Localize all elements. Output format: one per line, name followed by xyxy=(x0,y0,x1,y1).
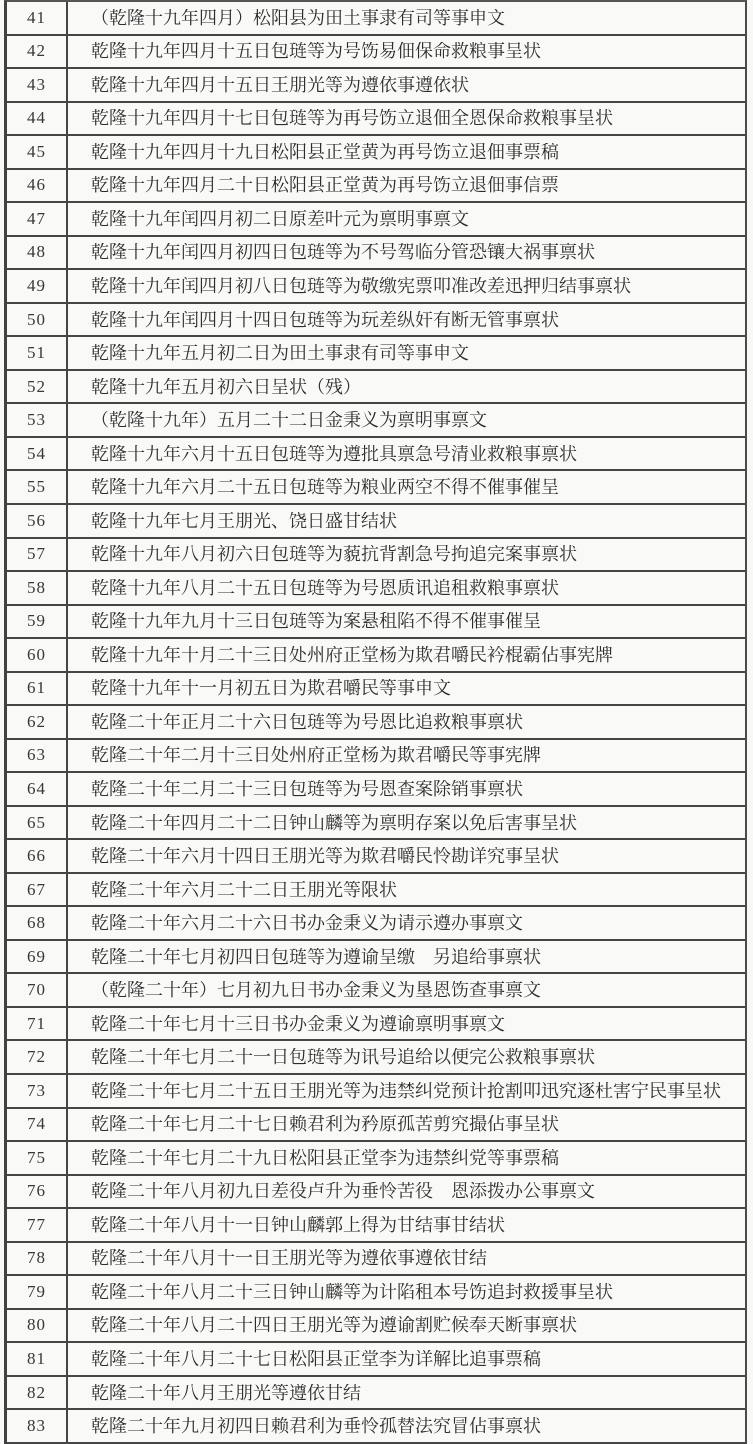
row-title: 乾隆十九年四月十九日松阳县正堂黄为再号饬立退佃事票稿 xyxy=(68,143,745,161)
table-row: 70 （乾隆二十年）七月初九日书办金秉义为垦恩饬查事禀文 xyxy=(7,974,745,1008)
row-title: 乾隆二十年二月二十三日包琏等为号恩查案除销事禀状 xyxy=(68,780,745,798)
row-title: 乾隆十九年十一月初五日为欺君嚼民等事申文 xyxy=(68,679,745,697)
row-number: 82 xyxy=(7,1377,68,1409)
table-row: 56 乾隆十九年七月王朋光、饶日盛甘结状 xyxy=(7,505,745,539)
row-number: 68 xyxy=(7,907,68,939)
row-number: 79 xyxy=(7,1276,68,1308)
row-title: 乾隆十九年闰四月十四日包琏等为玩差纵奸有断无管事禀状 xyxy=(68,311,745,329)
row-title: 乾隆十九年六月二十五日包琏等为粮业两空不得不催事催呈 xyxy=(68,478,745,496)
row-title: 乾隆二十年七月二十五日王朋光等为违禁纠党预计抢割叩迅究逐杜害宁民事呈状 xyxy=(68,1082,745,1100)
table-row: 74 乾隆二十年七月二十七日赖君利为矜原孤苦剪究撮佔事呈状 xyxy=(7,1109,745,1143)
table-row: 44 乾隆十九年四月十七日包琏等为再号饬立退佃全恩保命救粮事呈状 xyxy=(7,103,745,137)
row-number: 71 xyxy=(7,1008,68,1040)
row-title: 乾隆十九年四月十五日王朋光等为遵依事遵依状 xyxy=(68,76,745,94)
row-number: 74 xyxy=(7,1109,68,1141)
row-number: 45 xyxy=(7,136,68,168)
row-number: 43 xyxy=(7,69,68,101)
table-row: 49 乾隆十九年闰四月初八日包琏等为敬缴宪票叩准改差迅押归结事禀状 xyxy=(7,270,745,304)
table-row: 48 乾隆十九年闰四月初四日包琏等为不号驾临分管恐镶大祸事禀状 xyxy=(7,237,745,271)
row-number: 58 xyxy=(7,572,68,604)
table-row: 72 乾隆二十年七月二十一日包琏等为讯号追给以便完公救粮事禀状 xyxy=(7,1041,745,1075)
row-title: 乾隆十九年四月二十日松阳县正堂黄为再号饬立退佃事信票 xyxy=(68,176,745,194)
row-title: 乾隆十九年五月初二日为田土事隶有司等事申文 xyxy=(68,344,745,362)
table-row: 83 乾隆二十年九月初四日赖君利为垂怜孤替法究冒佔事禀状 xyxy=(7,1410,745,1444)
row-title: 乾隆二十年六月二十六日书办金秉义为请示遵办事禀文 xyxy=(68,914,745,932)
table-row: 54 乾隆十九年六月十五日包琏等为遵批具禀急号清业救粮事禀状 xyxy=(7,438,745,472)
row-title: 乾隆十九年闰四月初二日原差叶元为禀明事禀文 xyxy=(68,210,745,228)
table-row: 61 乾隆十九年十一月初五日为欺君嚼民等事申文 xyxy=(7,673,745,707)
table-row: 81 乾隆二十年八月二十七日松阳县正堂李为详解比追事票稿 xyxy=(7,1343,745,1377)
row-number: 59 xyxy=(7,606,68,638)
row-title: 乾隆二十年七月二十一日包琏等为讯号追给以便完公救粮事禀状 xyxy=(68,1048,745,1066)
row-title: 乾隆二十年八月二十七日松阳县正堂李为详解比追事票稿 xyxy=(68,1350,745,1368)
table-row: 75 乾隆二十年七月二十九日松阳县正堂李为违禁纠党等事票稿 xyxy=(7,1142,745,1176)
table-row: 41 （乾隆十九年四月）松阳县为田土事隶有司等事申文 xyxy=(7,2,745,36)
row-number: 65 xyxy=(7,807,68,839)
row-number: 70 xyxy=(7,974,68,1006)
row-number: 80 xyxy=(7,1310,68,1342)
scanned-catalog-page: 41 （乾隆十九年四月）松阳县为田土事隶有司等事申文 42 乾隆十九年四月十五日… xyxy=(0,0,753,1444)
row-title: 乾隆十九年八月二十五日包琏等为号恩质讯追租救粮事禀状 xyxy=(68,579,745,597)
table-row: 57 乾隆十九年八月初六日包琏等为藐抗背割急号拘追完案事禀状 xyxy=(7,539,745,573)
table-row: 73 乾隆二十年七月二十五日王朋光等为违禁纠党预计抢割叩迅究逐杜害宁民事呈状 xyxy=(7,1075,745,1109)
row-number: 81 xyxy=(7,1343,68,1375)
table-row: 76 乾隆二十年八月初九日差役卢升为垂怜苦役 恩添拨办公事禀文 xyxy=(7,1176,745,1210)
row-number: 48 xyxy=(7,237,68,269)
row-title: 乾隆二十年九月初四日赖君利为垂怜孤替法究冒佔事禀状 xyxy=(68,1417,745,1435)
table-row: 68 乾隆二十年六月二十六日书办金秉义为请示遵办事禀文 xyxy=(7,907,745,941)
table-row: 50 乾隆十九年闰四月十四日包琏等为玩差纵奸有断无管事禀状 xyxy=(7,304,745,338)
table-row: 52 乾隆十九年五月初六日呈状（残） xyxy=(7,371,745,405)
row-number: 60 xyxy=(7,639,68,671)
table-row: 79 乾隆二十年八月二十三日钟山麟等为计陷租本号饬追封救援事呈状 xyxy=(7,1276,745,1310)
table-row: 69 乾隆二十年七月初四日包琏等为遵谕呈缴 另追给事禀状 xyxy=(7,941,745,975)
row-number: 69 xyxy=(7,941,68,973)
row-title: （乾隆十九年四月）松阳县为田土事隶有司等事申文 xyxy=(68,9,745,27)
table-row: 66 乾隆二十年六月十四日王朋光等为欺君嚼民怜勘详究事呈状 xyxy=(7,840,745,874)
table-row: 53 （乾隆十九年）五月二十二日金秉义为禀明事禀文 xyxy=(7,404,745,438)
row-number: 56 xyxy=(7,505,68,537)
row-title: 乾隆二十年七月二十九日松阳县正堂李为违禁纠党等事票稿 xyxy=(68,1149,745,1167)
row-number: 76 xyxy=(7,1176,68,1208)
row-title: 乾隆十九年闰四月初八日包琏等为敬缴宪票叩准改差迅押归结事禀状 xyxy=(68,277,745,295)
table-row: 64 乾隆二十年二月二十三日包琏等为号恩查案除销事禀状 xyxy=(7,773,745,807)
row-title: 乾隆十九年七月王朋光、饶日盛甘结状 xyxy=(68,512,745,530)
table-row: 71 乾隆二十年七月十三日书办金秉义为遵谕禀明事禀文 xyxy=(7,1008,745,1042)
row-number: 72 xyxy=(7,1041,68,1073)
row-number: 63 xyxy=(7,740,68,772)
row-number: 49 xyxy=(7,270,68,302)
row-number: 61 xyxy=(7,673,68,705)
row-title: 乾隆十九年四月十五日包琏等为号饬易佃保命救粮事呈状 xyxy=(68,42,745,60)
row-title: 乾隆十九年八月初六日包琏等为藐抗背割急号拘追完案事禀状 xyxy=(68,545,745,563)
row-number: 83 xyxy=(7,1410,68,1442)
table-row: 42 乾隆十九年四月十五日包琏等为号饬易佃保命救粮事呈状 xyxy=(7,36,745,70)
row-number: 42 xyxy=(7,36,68,68)
table-row: 60 乾隆十九年十月二十三日处州府正堂杨为欺君嚼民衿棍霸佔事宪牌 xyxy=(7,639,745,673)
row-number: 78 xyxy=(7,1243,68,1275)
table-row: 47 乾隆十九年闰四月初二日原差叶元为禀明事禀文 xyxy=(7,203,745,237)
row-title: 乾隆二十年七月二十七日赖君利为矜原孤苦剪究撮佔事呈状 xyxy=(68,1115,745,1133)
row-number: 55 xyxy=(7,471,68,503)
table-row: 45 乾隆十九年四月十九日松阳县正堂黄为再号饬立退佃事票稿 xyxy=(7,136,745,170)
table-row: 65 乾隆二十年四月二十二日钟山麟等为禀明存案以免后害事呈状 xyxy=(7,807,745,841)
row-title: 乾隆二十年八月十一日钟山麟郭上得为甘结事甘结状 xyxy=(68,1216,745,1234)
row-title: 乾隆二十年七月初四日包琏等为遵谕呈缴 另追给事禀状 xyxy=(68,948,745,966)
row-title: 乾隆二十年六月二十二日王朋光等限状 xyxy=(68,881,745,899)
table-row: 46 乾隆十九年四月二十日松阳县正堂黄为再号饬立退佃事信票 xyxy=(7,170,745,204)
row-number: 47 xyxy=(7,203,68,235)
row-number: 52 xyxy=(7,371,68,403)
row-title: 乾隆二十年八月二十四日王朋光等为遵谕割贮候奉天断事禀状 xyxy=(68,1316,745,1334)
row-number: 77 xyxy=(7,1209,68,1241)
row-title: （乾隆十九年）五月二十二日金秉义为禀明事禀文 xyxy=(68,411,745,429)
table-row: 80 乾隆二十年八月二十四日王朋光等为遵谕割贮候奉天断事禀状 xyxy=(7,1310,745,1344)
row-title: 乾隆二十年正月二十六日包琏等为号恩比追救粮事禀状 xyxy=(68,713,745,731)
row-title: 乾隆二十年四月二十二日钟山麟等为禀明存案以免后害事呈状 xyxy=(68,814,745,832)
row-number: 50 xyxy=(7,304,68,336)
archive-list-table: 41 （乾隆十九年四月）松阳县为田土事隶有司等事申文 42 乾隆十九年四月十五日… xyxy=(4,0,747,1444)
row-title: 乾隆十九年六月十五日包琏等为遵批具禀急号清业救粮事禀状 xyxy=(68,445,745,463)
table-row: 63 乾隆二十年二月十三日处州府正堂杨为欺君嚼民等事宪牌 xyxy=(7,740,745,774)
row-title: （乾隆二十年）七月初九日书办金秉义为垦恩饬查事禀文 xyxy=(68,981,745,999)
row-number: 57 xyxy=(7,539,68,571)
row-number: 44 xyxy=(7,103,68,135)
row-title: 乾隆十九年九月十三日包琏等为案悬租陷不得不催事催呈 xyxy=(68,612,745,630)
row-number: 41 xyxy=(7,2,68,34)
row-title: 乾隆二十年六月十四日王朋光等为欺君嚼民怜勘详究事呈状 xyxy=(68,847,745,865)
row-title: 乾隆二十年八月十一日王朋光等为遵依事遵依甘结 xyxy=(68,1249,745,1267)
row-title: 乾隆十九年五月初六日呈状（残） xyxy=(68,378,745,396)
row-title: 乾隆十九年四月十七日包琏等为再号饬立退佃全恩保命救粮事呈状 xyxy=(68,109,745,127)
row-title: 乾隆十九年十月二十三日处州府正堂杨为欺君嚼民衿棍霸佔事宪牌 xyxy=(68,646,745,664)
row-number: 75 xyxy=(7,1142,68,1174)
row-title: 乾隆二十年七月十三日书办金秉义为遵谕禀明事禀文 xyxy=(68,1015,745,1033)
table-row: 43 乾隆十九年四月十五日王朋光等为遵依事遵依状 xyxy=(7,69,745,103)
row-number: 64 xyxy=(7,773,68,805)
table-row: 58 乾隆十九年八月二十五日包琏等为号恩质讯追租救粮事禀状 xyxy=(7,572,745,606)
row-number: 66 xyxy=(7,840,68,872)
table-row: 82 乾隆二十年八月王朋光等遵依甘结 xyxy=(7,1377,745,1411)
row-number: 73 xyxy=(7,1075,68,1107)
table-row: 67 乾隆二十年六月二十二日王朋光等限状 xyxy=(7,874,745,908)
table-row: 59 乾隆十九年九月十三日包琏等为案悬租陷不得不催事催呈 xyxy=(7,606,745,640)
table-row: 77 乾隆二十年八月十一日钟山麟郭上得为甘结事甘结状 xyxy=(7,1209,745,1243)
row-number: 62 xyxy=(7,706,68,738)
row-title: 乾隆十九年闰四月初四日包琏等为不号驾临分管恐镶大祸事禀状 xyxy=(68,243,745,261)
table-row: 51 乾隆十九年五月初二日为田土事隶有司等事申文 xyxy=(7,337,745,371)
row-number: 67 xyxy=(7,874,68,906)
row-title: 乾隆二十年八月王朋光等遵依甘结 xyxy=(68,1384,745,1402)
row-title: 乾隆二十年八月初九日差役卢升为垂怜苦役 恩添拨办公事禀文 xyxy=(68,1182,745,1200)
table-row: 78 乾隆二十年八月十一日王朋光等为遵依事遵依甘结 xyxy=(7,1243,745,1277)
row-title: 乾隆二十年八月二十三日钟山麟等为计陷租本号饬追封救援事呈状 xyxy=(68,1283,745,1301)
row-number: 54 xyxy=(7,438,68,470)
row-title: 乾隆二十年二月十三日处州府正堂杨为欺君嚼民等事宪牌 xyxy=(68,746,745,764)
row-number: 53 xyxy=(7,404,68,436)
row-number: 51 xyxy=(7,337,68,369)
table-row: 62 乾隆二十年正月二十六日包琏等为号恩比追救粮事禀状 xyxy=(7,706,745,740)
row-number: 46 xyxy=(7,170,68,202)
table-row: 55 乾隆十九年六月二十五日包琏等为粮业两空不得不催事催呈 xyxy=(7,471,745,505)
